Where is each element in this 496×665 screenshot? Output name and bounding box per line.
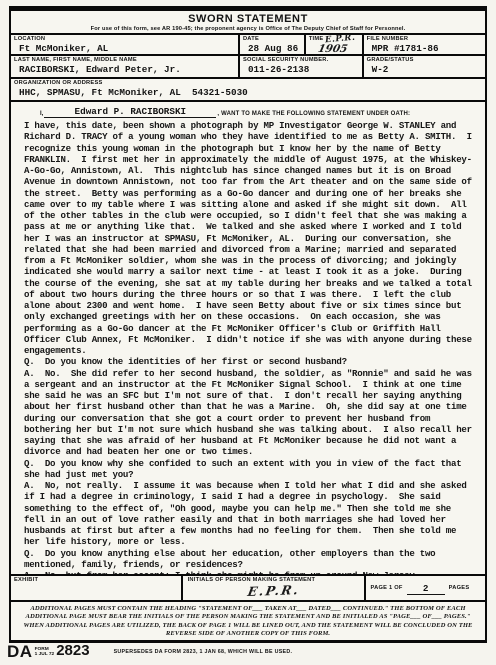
form-outer-border: SWORN STATEMENT For use of this form, se… bbox=[9, 6, 487, 643]
exhibit-row: EXHIBIT INITIALS OF PERSON MAKING STATEM… bbox=[11, 576, 485, 602]
form-edition-date: 1 JUL 72 bbox=[35, 652, 55, 657]
file-number-field: FILE NUMBER MPR #1781-86 bbox=[364, 35, 485, 54]
da-prefix: DA bbox=[7, 643, 33, 660]
header-row-3: ORGANIZATION OR ADDRESS HHC, SPMASU, Ft … bbox=[11, 79, 485, 102]
statement-opening-line: I, Edward P. RACIBORSKI , WANT TO MAKE T… bbox=[24, 104, 472, 118]
form-subtitle: For use of this form, see AR 190-45; the… bbox=[11, 26, 485, 32]
statement-section: I, Edward P. RACIBORSKI , WANT TO MAKE T… bbox=[11, 102, 485, 576]
grade-status-value: W-2 bbox=[367, 64, 482, 75]
ssn-field: SOCIAL SECURITY NUMBER. 011-26-2138 bbox=[240, 56, 364, 77]
page-of-field: PAGE 1 OF 2 PAGES bbox=[366, 576, 485, 600]
header-row-2: LAST NAME, FIRST NAME, MIDDLE NAME RACIB… bbox=[11, 56, 485, 79]
statement-paragraph: Q. Do you know why she confided to such … bbox=[24, 458, 472, 481]
statement-paragraph: A. No, not really. I assume it was becau… bbox=[24, 480, 472, 548]
time-field: TIME E.P.R. 1905 bbox=[306, 35, 364, 54]
file-number-value: MPR #1781-86 bbox=[367, 43, 482, 54]
location-label: LOCATION bbox=[14, 36, 235, 43]
declarant-name: Edward P. RACIBORSKI bbox=[44, 106, 216, 118]
location-value: Ft McMoniker, AL bbox=[14, 43, 235, 54]
form-title: SWORN STATEMENT bbox=[11, 13, 485, 25]
ssn-value: 011-26-2138 bbox=[243, 64, 359, 75]
exhibit-label: EXHIBIT bbox=[14, 577, 178, 584]
organization-label: ORGANIZATION OR ADDRESS bbox=[14, 80, 482, 87]
header-row-1: LOCATION Ft McMoniker, AL DATE 28 Aug 86… bbox=[11, 35, 485, 56]
grade-status-field: GRADE/STATUS W-2 bbox=[364, 56, 485, 77]
form-number-line: DA FORM 1 JUL 72 2823 SUPERSEDES DA FORM… bbox=[7, 643, 489, 660]
organization-field: ORGANIZATION OR ADDRESS HHC, SPMASU, Ft … bbox=[11, 79, 485, 100]
statement-opening-prefix: I, bbox=[24, 110, 43, 118]
date-label: DATE bbox=[243, 36, 301, 43]
time-label: TIME bbox=[309, 36, 324, 43]
sworn-statement-scan: SWORN STATEMENT For use of this form, se… bbox=[0, 0, 496, 665]
organization-value: HHC, SPMASU, Ft McMoniker, AL 54321-5030 bbox=[14, 87, 482, 98]
page-of-prefix: PAGE 1 OF bbox=[370, 584, 402, 592]
statement-body: I have, this date, been shown a photogra… bbox=[24, 120, 472, 576]
name-field: LAST NAME, FIRST NAME, MIDDLE NAME RACIB… bbox=[11, 56, 240, 77]
page-of-suffix: PAGES bbox=[449, 584, 470, 592]
date-field: DATE 28 Aug 86 bbox=[240, 35, 306, 54]
exhibit-field: EXHIBIT bbox=[11, 576, 183, 600]
statement-opening-suffix: , WANT TO MAKE THE FOLLOWING STATEMENT U… bbox=[217, 110, 472, 118]
initials-field: INITIALS OF PERSON MAKING STATEMENT E.P.… bbox=[183, 576, 367, 600]
grade-status-label: GRADE/STATUS bbox=[367, 57, 482, 64]
date-value: 28 Aug 86 bbox=[243, 43, 301, 54]
name-value: RACIBORSKI, Edward Peter, Jr. bbox=[14, 64, 235, 75]
additional-pages-instruction: ADDITIONAL PAGES MUST CONTAIN THE HEADIN… bbox=[11, 602, 485, 640]
time-value: 1905 bbox=[308, 44, 360, 55]
ssn-label: SOCIAL SECURITY NUMBER. bbox=[243, 57, 359, 64]
form-edition-stack: FORM 1 JUL 72 bbox=[35, 647, 55, 657]
file-number-label: FILE NUMBER bbox=[367, 36, 482, 43]
form-number: 2823 bbox=[56, 643, 89, 659]
supersedes-note: SUPERSEDES DA FORM 2823, 1 JAN 68, WHICH… bbox=[114, 649, 293, 655]
statement-paragraph: A. No. She did refer to her second husba… bbox=[24, 368, 472, 458]
statement-paragraph: Q. Do you know the identities of her fir… bbox=[24, 356, 472, 367]
location-field: LOCATION Ft McMoniker, AL bbox=[11, 35, 240, 54]
statement-paragraph: Q. Do you know anything else about her e… bbox=[24, 548, 472, 571]
page-number-value: 2 bbox=[407, 584, 445, 595]
statement-paragraph: I have, this date, been shown a photogra… bbox=[24, 120, 472, 356]
name-label: LAST NAME, FIRST NAME, MIDDLE NAME bbox=[14, 57, 235, 64]
title-block: SWORN STATEMENT For use of this form, se… bbox=[11, 11, 485, 35]
